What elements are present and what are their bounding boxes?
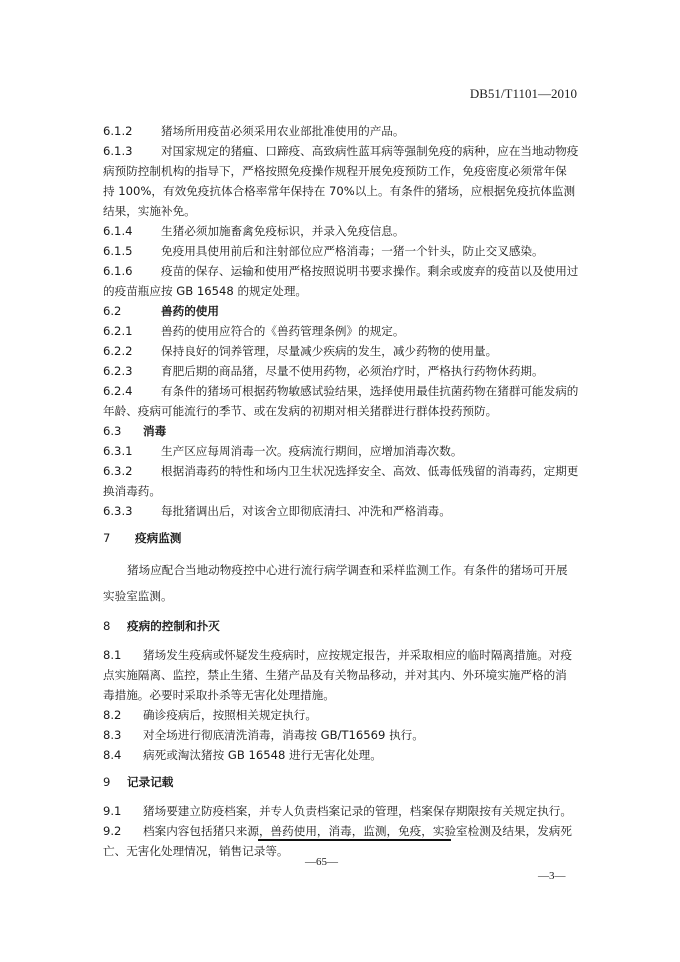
- clause-number: 8.4: [103, 745, 143, 765]
- section-6-3-heading: 6.3消毒: [103, 421, 579, 441]
- clause-text: 亡、无害化处理情况，销售记录等。: [103, 841, 579, 861]
- clause-8-2: 8.2确诊疫病后，按照相关规定执行。: [103, 705, 579, 725]
- clause-6-2-2: 6.2.2保持良好的饲养管理，尽量减少疾病的发生，减少药物的使用量。: [103, 341, 579, 361]
- clause-text: 对国家规定的猪瘟、口蹄疫、高致病性蓝耳病等强制免疫的病种，应在当地动物疫: [161, 144, 578, 158]
- clause-6-1-4: 6.1.4生猪必须加施畜禽免疫标识，并录入免疫信息。: [103, 221, 579, 241]
- page-number-outer: —3—: [538, 870, 566, 882]
- clause-6-2-4: 6.2.4有条件的猪场可根据药物敏感试验结果，选择使用最佳抗菌药物在猪群可能发病…: [103, 381, 579, 401]
- clause-6-1-3: 6.1.3对国家规定的猪瘟、口蹄疫、高致病性蓝耳病等强制免疫的病种，应在当地动物…: [103, 141, 579, 161]
- clause-number: 6.2.3: [103, 361, 161, 381]
- chapter-number: 9: [103, 772, 127, 792]
- clause-text: 猪场发生疫病或怀疑发生疫病时，应按规定报告，并采取相应的临时隔离措施。对疫: [143, 648, 572, 662]
- clause-number: 9.1: [103, 801, 143, 821]
- clause-text: 猪场所用疫苗必须采用农业部批准使用的产品。: [161, 124, 404, 138]
- clause-number: 6.3.1: [103, 441, 161, 461]
- chapter-number: 8: [103, 616, 127, 636]
- clause-number: 6.2.4: [103, 381, 161, 401]
- clause-number: 6.1.4: [103, 221, 161, 241]
- clause-number: 6.1.3: [103, 141, 161, 161]
- clause-number: 6.2.2: [103, 341, 161, 361]
- clause-text: 确诊疫病后，按照相关规定执行。: [143, 708, 317, 722]
- clause-9-1: 9.1猪场要建立防疫档案，并专人负责档案记录的管理，档案保存期限按有关规定执行。: [103, 801, 579, 821]
- clause-text: 换消毒药。: [103, 481, 579, 501]
- clause-text: 点实施隔离、监控，禁止生猪、生猪产品及有关物品移动，并对其内、外环境实施严格的消: [103, 665, 579, 685]
- clause-text: 有条件的猪场可根据药物敏感试验结果，选择使用最佳抗菌药物在猪群可能发病的: [161, 384, 578, 398]
- chapter-7-heading: 7疫病监测: [103, 528, 579, 548]
- clause-text: 生产区应每周消毒一次。疫病流行期间，应增加消毒次数。: [161, 444, 462, 458]
- section-number: 6.2: [103, 301, 161, 321]
- clause-text: 每批猪调出后，对该舍立即彻底清扫、冲洗和严格消毒。: [161, 504, 451, 518]
- clause-number: 6.1.2: [103, 121, 161, 141]
- footer-rule: [258, 839, 451, 841]
- clause-8-3: 8.3对全场进行彻底清洗消毒，消毒按 GB/T16569 执行。: [103, 725, 579, 745]
- clause-text: 病死或淘汰猪按 GB 16548 进行无害化处理。: [143, 748, 382, 762]
- clause-text: 免疫用具使用前后和注射部位应严格消毒；一猪一个针头，防止交叉感染。: [161, 244, 544, 258]
- clause-text: 生猪必须加施畜禽免疫标识，并录入免疫信息。: [161, 224, 404, 238]
- clause-8-4: 8.4病死或淘汰猪按 GB 16548 进行无害化处理。: [103, 745, 579, 765]
- chapter-title: 记录记载: [127, 775, 173, 789]
- clause-9-2: 9.2档案内容包括猪只来源，兽药使用，消毒，监测，免疫，实验室检测及结果，发病死: [103, 821, 579, 841]
- page-number-inner: —65—: [305, 856, 338, 868]
- clause-number: 6.3.2: [103, 461, 161, 481]
- chapter-9-heading: 9记录记载: [103, 772, 579, 792]
- section-title: 兽药的使用: [161, 304, 219, 318]
- document-body: 6.1.2猪场所用疫苗必须采用农业部批准使用的产品。 6.1.3对国家规定的猪瘟…: [103, 121, 579, 861]
- clause-text: 毒措施。必要时采取扑杀等无害化处理措施。: [103, 685, 579, 705]
- chapter-8-heading: 8疫病的控制和扑灭: [103, 616, 579, 636]
- clause-text: 年龄、疫病可能流行的季节、或在发病的初期对相关猪群进行群体投药预防。: [103, 401, 579, 421]
- clause-text: 结果，实施补免。: [103, 201, 579, 221]
- section-6-2-heading: 6.2兽药的使用: [103, 301, 579, 321]
- clause-text: 育肥后期的商品猪，尽量不使用药物，必须治疗时，严格执行药物休药期。: [161, 364, 544, 378]
- section-number: 6.3: [103, 421, 143, 441]
- clause-text: 的疫苗瓶应按 GB 16548 的规定处理。: [103, 281, 579, 301]
- clause-6-2-3: 6.2.3育肥后期的商品猪，尽量不使用药物，必须治疗时，严格执行药物休药期。: [103, 361, 579, 381]
- chapter-number: 7: [103, 528, 135, 548]
- clause-text: 猪场要建立防疫档案，并专人负责档案记录的管理，档案保存期限按有关规定执行。: [143, 804, 572, 818]
- clause-8-1: 8.1猪场发生疫病或怀疑发生疫病时，应按规定报告，并采取相应的临时隔离措施。对疫: [103, 645, 579, 665]
- clause-text: 档案内容包括猪只来源，兽药使用，消毒，监测，免疫，实验室检测及结果，发病死: [143, 824, 572, 838]
- clause-6-2-1: 6.2.1兽药的使用应符合的《兽药管理条例》的规定。: [103, 321, 579, 341]
- standard-number: DB51/T1101—2010: [470, 86, 577, 102]
- section-title: 消毒: [143, 424, 166, 438]
- paragraph-text: 实验室监测。: [103, 583, 579, 609]
- clause-6-1-2: 6.1.2猪场所用疫苗必须采用农业部批准使用的产品。: [103, 121, 579, 141]
- clause-text: 对全场进行彻底清洗消毒，消毒按 GB/T16569 执行。: [143, 728, 424, 742]
- clause-6-1-6: 6.1.6疫苗的保存、运输和使用严格按照说明书要求操作。剩余或废弃的疫苗以及使用…: [103, 261, 579, 281]
- clause-text: 疫苗的保存、运输和使用严格按照说明书要求操作。剩余或废弃的疫苗以及使用过: [161, 264, 578, 278]
- clause-6-3-1: 6.3.1生产区应每周消毒一次。疫病流行期间，应增加消毒次数。: [103, 441, 579, 461]
- clause-number: 9.2: [103, 821, 143, 841]
- clause-text: 保持良好的饲养管理，尽量减少疾病的发生，减少药物的使用量。: [161, 344, 497, 358]
- clause-number: 6.1.5: [103, 241, 161, 261]
- clause-text: 兽药的使用应符合的《兽药管理条例》的规定。: [161, 324, 404, 338]
- chapter-title: 疫病监测: [135, 531, 181, 545]
- clause-6-1-5: 6.1.5免疫用具使用前后和注射部位应严格消毒；一猪一个针头，防止交叉感染。: [103, 241, 579, 261]
- clause-number: 6.1.6: [103, 261, 161, 281]
- clause-text: 持 100%，有效免疫抗体合格率常年保持在 70%以上。有条件的猪场，应根据免疫…: [103, 181, 579, 201]
- clause-6-3-2: 6.3.2根据消毒药的特性和场内卫生状况选择安全、高效、低毒低残留的消毒药，定期…: [103, 461, 579, 481]
- clause-text: 病预防控制机构的指导下，严格按照免疫操作规程开展免疫预防工作，免疫密度必须常年保: [103, 161, 579, 181]
- chapter-title: 疫病的控制和扑灭: [127, 619, 220, 633]
- paragraph-text: 猪场应配合当地动物疫控中心进行流行病学调查和采样监测工作。有条件的猪场可开展: [103, 557, 579, 583]
- clause-number: 6.3.3: [103, 501, 161, 521]
- clause-6-3-3: 6.3.3每批猪调出后，对该舍立即彻底清扫、冲洗和严格消毒。: [103, 501, 579, 521]
- clause-number: 6.2.1: [103, 321, 161, 341]
- clause-number: 8.3: [103, 725, 143, 745]
- clause-number: 8.1: [103, 645, 143, 665]
- clause-text: 根据消毒药的特性和场内卫生状况选择安全、高效、低毒低残留的消毒药，定期更: [161, 464, 578, 478]
- clause-number: 8.2: [103, 705, 143, 725]
